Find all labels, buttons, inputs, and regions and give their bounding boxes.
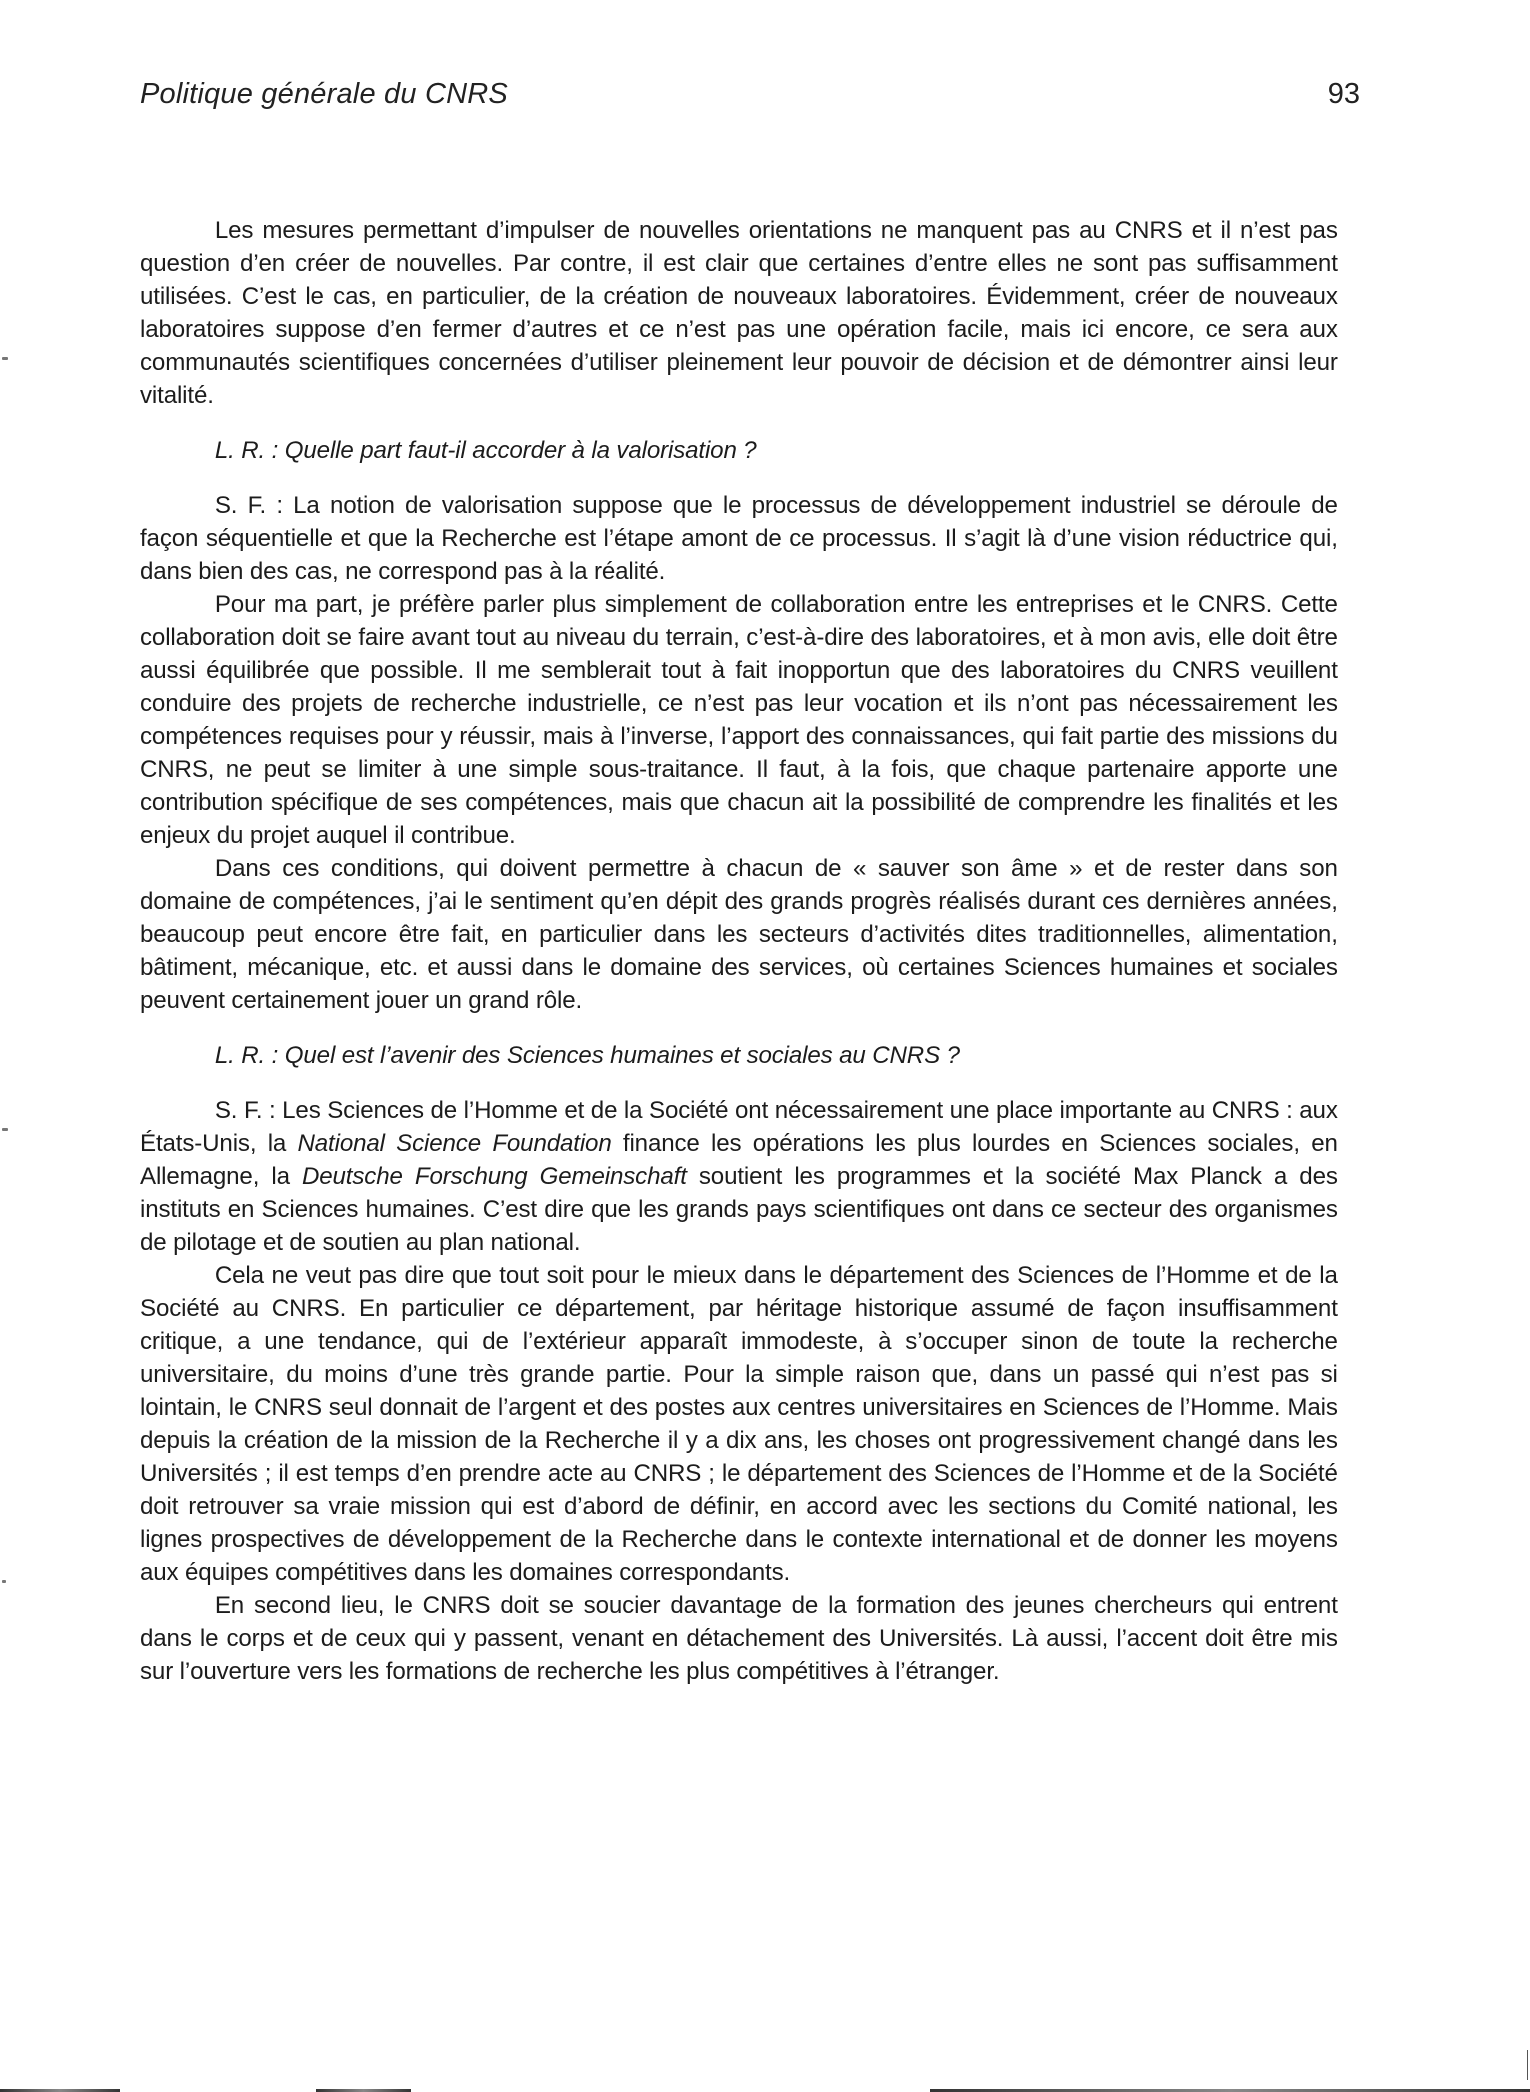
question-text: Quel est l’avenir des Sciences humaines … [285, 1042, 960, 1069]
question-text: Quelle part faut-il accorder à la valori… [285, 437, 757, 464]
speaker-label: S. F. : [215, 1097, 276, 1124]
speaker-label: L. R. : [215, 1042, 278, 1069]
interview-answer: S. F. : La notion de valorisation suppos… [140, 489, 1338, 588]
paragraph: Pour ma part, je préfère parler plus sim… [140, 588, 1338, 852]
scan-margin-mark [2, 357, 8, 360]
speaker-label: L. R. : [215, 437, 278, 464]
paragraph: Les mesures permettant d’impulser de nou… [140, 214, 1338, 412]
page-number: 93 [1328, 78, 1360, 111]
interview-question: L. R. : Quel est l’avenir des Sciences h… [140, 1039, 1338, 1072]
answer-text: La notion de valorisation suppose que le… [140, 492, 1338, 585]
scan-margin-mark [2, 1580, 6, 1583]
organization-name-italic: National Science Foundation [298, 1130, 612, 1157]
speaker-label: S. F. : [215, 492, 283, 519]
interview-question: L. R. : Quelle part faut-il accorder à l… [140, 434, 1338, 467]
running-header: Politique générale du CNRS 93 [140, 78, 1360, 118]
running-header-title: Politique générale du CNRS [140, 78, 508, 111]
paragraph: En second lieu, le CNRS doit se soucier … [140, 1589, 1338, 1688]
paragraph: Cela ne veut pas dire que tout soit pour… [140, 1259, 1338, 1589]
scan-right-edge [1527, 2050, 1528, 2080]
page-body: Les mesures permettant d’impulser de nou… [140, 214, 1338, 1688]
organization-name-italic: Deutsche Forschung Gemeinschaft [302, 1163, 687, 1190]
paragraph: Dans ces conditions, qui doivent permett… [140, 852, 1338, 1017]
interview-answer: S. F. : Les Sciences de l’Homme et de la… [140, 1094, 1338, 1259]
scan-margin-mark [2, 1128, 8, 1131]
